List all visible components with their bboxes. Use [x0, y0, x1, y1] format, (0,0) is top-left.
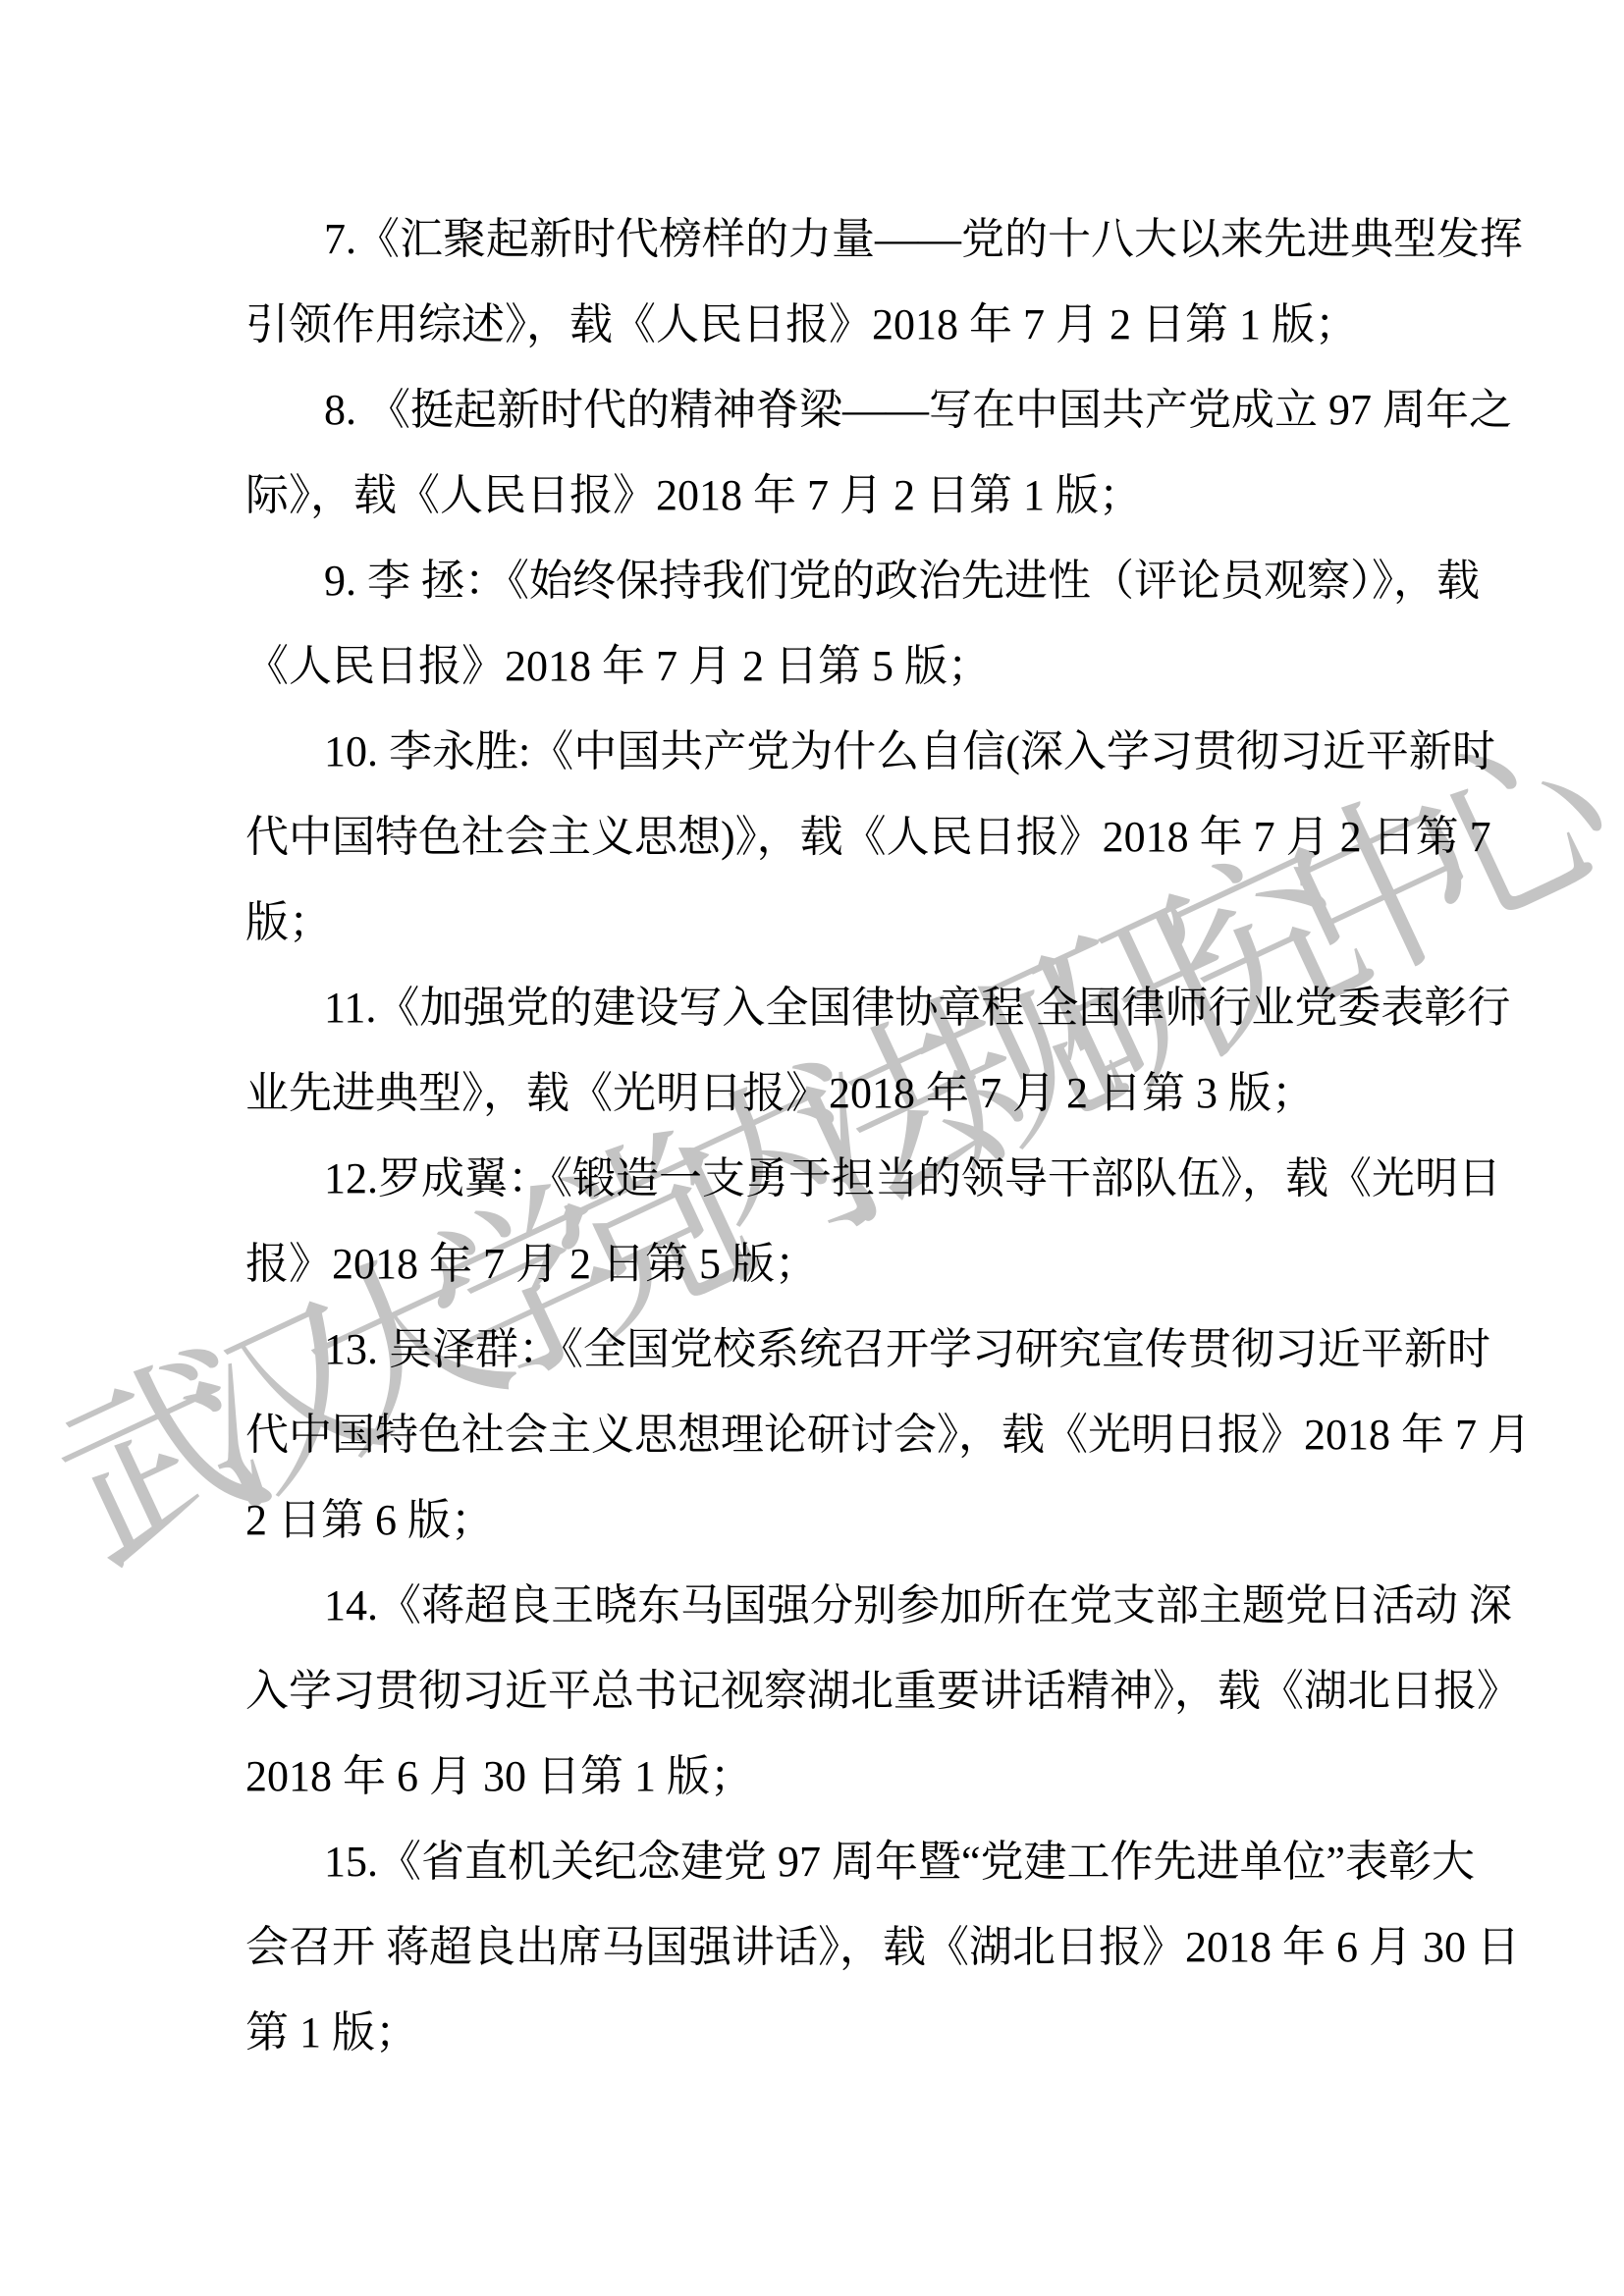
document-line: 13. 吴泽群：《全国党校系统召开学习研究宣传贯彻习近平新时 — [245, 1307, 1379, 1392]
document-line: 8. 《挺起新时代的精神脊梁——写在中国共产党成立 97 周年之 — [245, 367, 1379, 453]
document-line: 9. 李 拯：《始终保持我们党的政治先进性（评论员观察）》，载 — [245, 538, 1379, 623]
document-line: 14.《蒋超良王晓东马国强分别参加所在党支部主题党日活动 深 — [245, 1563, 1379, 1648]
document-line: 代中国特色社会主义思想)》，载《人民日报》2018 年 7 月 2 日第 7 — [245, 794, 1379, 880]
document-line: 入学习贯彻习近平总书记视察湖北重要讲话精神》，载《湖北日报》 — [245, 1648, 1379, 1734]
document-line: 版； — [245, 880, 1379, 965]
document-content: 7.《汇聚起新时代榜样的力量——党的十八大以来先进典型发挥引领作用综述》，载《人… — [245, 196, 1379, 2075]
document-line: 际》，载《人民日报》2018 年 7 月 2 日第 1 版； — [245, 453, 1379, 538]
document-line: 12.罗成翼：《锻造一支勇于担当的领导干部队伍》，载《光明日 — [245, 1136, 1379, 1221]
document-line: 15.《省直机关纪念建党 97 周年暨“党建工作先进单位”表彰大 — [245, 1819, 1379, 1904]
document-page: 武汉大学党内法规研究中心 7.《汇聚起新时代榜样的力量——党的十八大以来先进典型… — [0, 0, 1624, 2296]
document-line: 第 1 版； — [245, 1990, 1379, 2075]
document-line: 业先进典型》，载《光明日报》2018 年 7 月 2 日第 3 版； — [245, 1050, 1379, 1136]
document-line: 10. 李永胜:《中国共产党为什么自信(深入学习贯彻习近平新时 — [245, 709, 1379, 794]
document-line: 《人民日报》2018 年 7 月 2 日第 5 版； — [245, 623, 1379, 709]
document-line: 代中国特色社会主义思想理论研讨会》，载《光明日报》2018 年 7 月 — [245, 1392, 1379, 1477]
document-line: 引领作用综述》，载《人民日报》2018 年 7 月 2 日第 1 版； — [245, 282, 1379, 367]
document-line: 11.《加强党的建设写入全国律协章程 全国律师行业党委表彰行 — [245, 965, 1379, 1050]
document-line: 2 日第 6 版； — [245, 1477, 1379, 1563]
document-line: 报》2018 年 7 月 2 日第 5 版； — [245, 1221, 1379, 1307]
document-line: 会召开 蒋超良出席马国强讲话》，载《湖北日报》2018 年 6 月 30 日 — [245, 1904, 1379, 1990]
document-line: 7.《汇聚起新时代榜样的力量——党的十八大以来先进典型发挥 — [245, 196, 1379, 282]
document-line: 2018 年 6 月 30 日第 1 版； — [245, 1734, 1379, 1819]
